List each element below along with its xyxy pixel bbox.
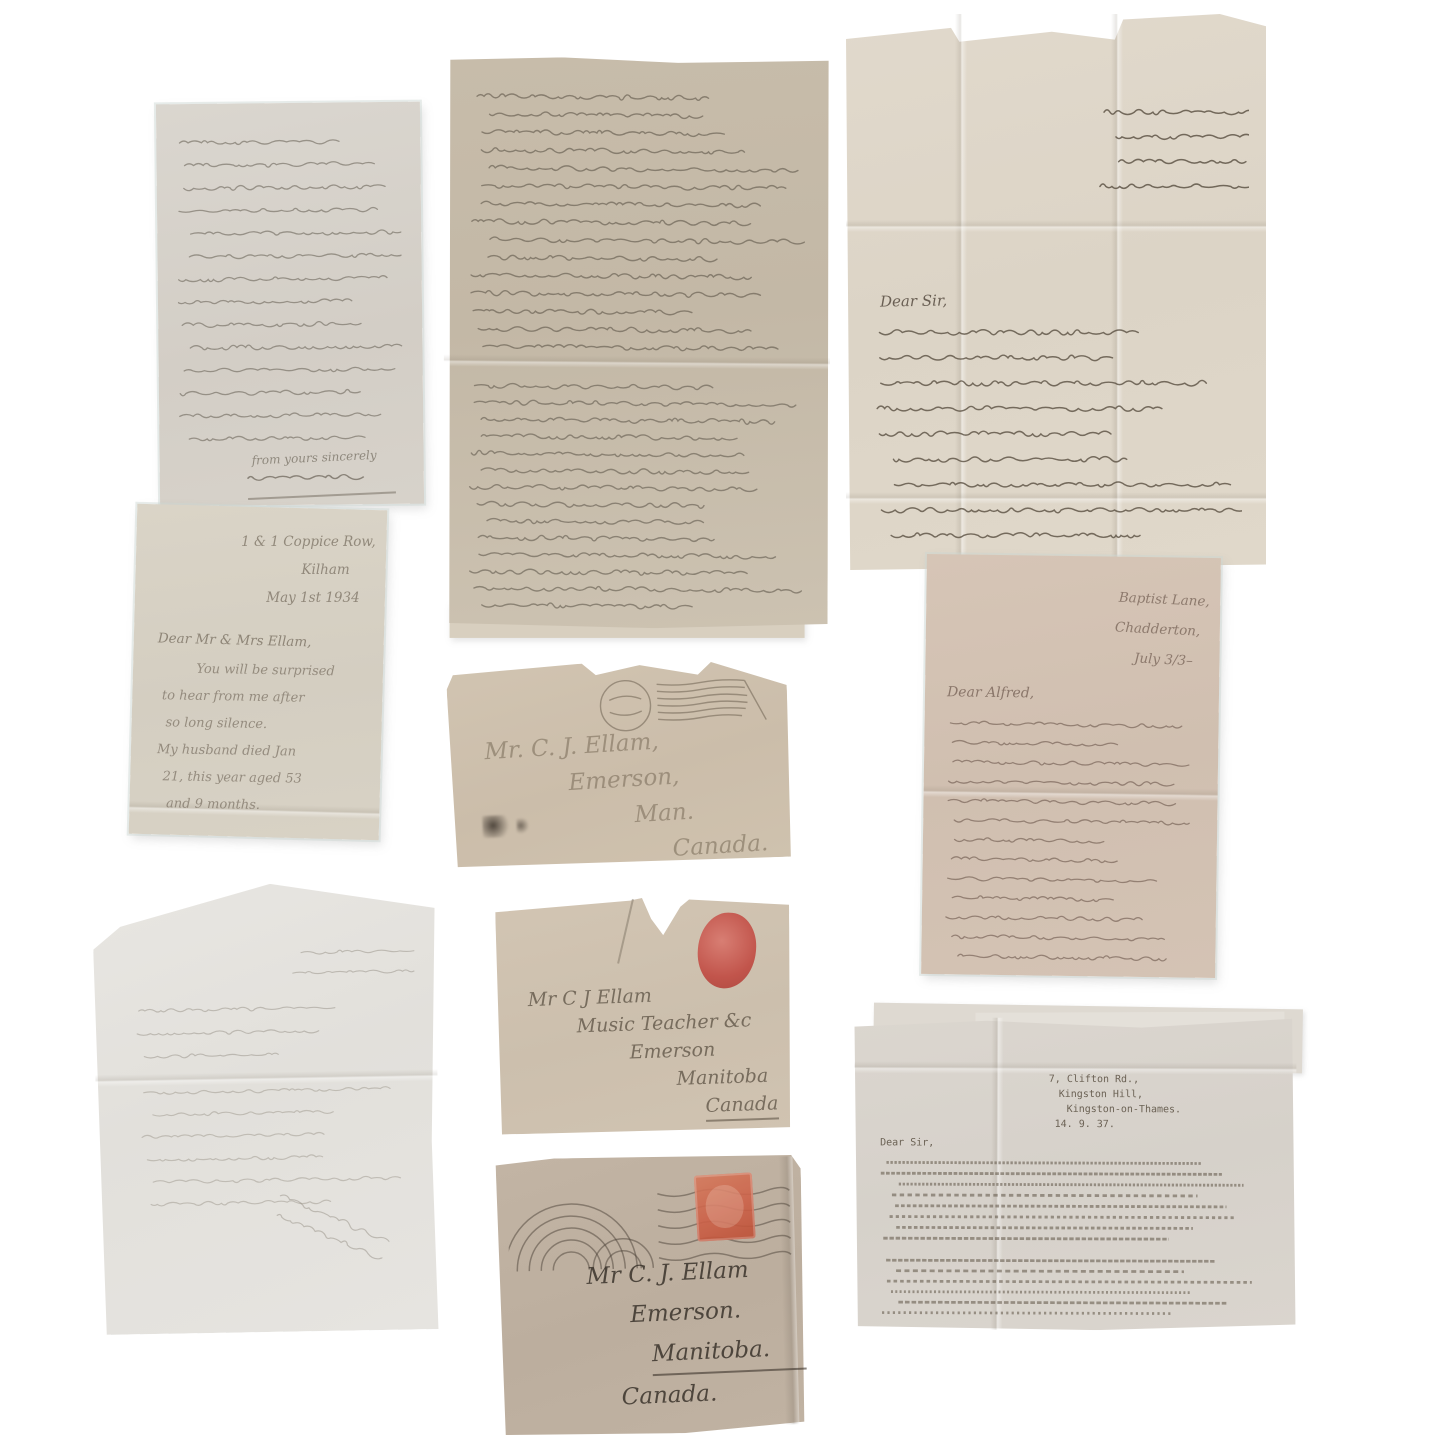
postage-stamp	[694, 1172, 756, 1241]
address-header-lines	[1031, 96, 1249, 206]
letter-top-right-folded: Dear Sir,	[846, 14, 1266, 570]
header-line: Kingston-on-Thames.	[1067, 1102, 1181, 1117]
handwriting-lines	[244, 937, 416, 990]
letter-salutation: Dear Sir,	[880, 291, 947, 310]
handwriting-lines	[468, 375, 804, 626]
letter-header-address: Baptist Lane, Chadderton, July 3/3–	[1030, 578, 1211, 677]
signature-scribble	[246, 468, 396, 494]
typed-letter: 7, Clifton Rd., Kingston Hill, Kingston-…	[853, 1017, 1296, 1331]
handwriting-lines	[140, 1074, 402, 1223]
handwriting-lines	[943, 710, 1197, 975]
envelope-address: Mr C J Ellam Music Teacher &c Emerson Ma…	[515, 977, 779, 1128]
typed-paragraph	[880, 1155, 1272, 1252]
letter-center-double	[442, 56, 833, 629]
letter-small-kilham: 1 & 1 Coppice Row, Kilham May 1st 1934 D…	[129, 504, 388, 840]
address-line: Manitoba	[676, 1061, 778, 1093]
letter-salutation: Dear Alfred,	[947, 684, 1034, 701]
body-line: so long silence.	[165, 709, 334, 739]
letter-body: You will be surprised to hear from me af…	[150, 655, 335, 820]
typed-header-address: 7, Clifton Rd., Kingston Hill, Kingston-…	[1049, 1072, 1182, 1132]
header-line: 1 & 1 Coppice Row,	[221, 528, 376, 556]
address-line: Canada.	[672, 825, 770, 867]
typed-paragraph	[879, 1253, 1271, 1326]
letter-chadderton: Baptist Lane, Chadderton, July 3/3– Dear…	[921, 554, 1221, 978]
envelope-address: Mr. C. J. Ellam, Emerson, Man. Canada.	[469, 717, 769, 879]
header-line: 14. 9. 37.	[1055, 1117, 1181, 1132]
body-line: to hear from me after	[162, 682, 335, 712]
handwriting-lines	[135, 993, 348, 1075]
handwriting-lines	[874, 316, 1242, 556]
header-line: Kingston Hill,	[1059, 1087, 1181, 1102]
body-line: My husband died Jan	[157, 736, 334, 766]
header-line: May 1st 1934	[221, 584, 376, 612]
letter-top-left: from yours sincerely	[156, 102, 424, 507]
photo-of-vintage-letters: from yours sincerely Dear Sir, 1 & 1 Cop…	[0, 0, 1445, 1445]
address-line: Canada	[705, 1089, 779, 1122]
letter-header-address: 1 & 1 Coppice Row, Kilham May 1st 1934	[221, 528, 376, 612]
handwriting-lines	[176, 126, 403, 458]
envelope-round-stamp: Mr C J Ellam Music Teacher &c Emerson Ma…	[495, 895, 793, 1134]
envelope-address: Mr C. J. Ellam Emerson. Manitoba. Canada…	[520, 1248, 809, 1422]
header-line: 7, Clifton Rd.,	[1049, 1072, 1181, 1087]
address-line: Manitoba.	[651, 1327, 807, 1376]
ink-smudge	[516, 818, 529, 835]
header-line: Kilham	[221, 556, 376, 584]
ink-smudge	[482, 815, 513, 838]
letter-bottom-left-faint	[92, 881, 442, 1335]
letter-salutation: Dear Sir,	[880, 1137, 934, 1148]
body-line: and 9 months.	[166, 790, 333, 820]
body-line: 21, this year aged 53	[162, 763, 333, 793]
envelope-wavy-cancel: Mr C. J. Ellam Emerson. Manitoba. Canada…	[492, 1152, 807, 1438]
address-line: Canada.	[621, 1369, 809, 1417]
envelope-flag-cancel: Mr. C. J. Ellam, Emerson, Man. Canada.	[446, 655, 794, 872]
handwriting-lines	[470, 85, 806, 368]
body-line: You will be surprised	[196, 656, 335, 685]
